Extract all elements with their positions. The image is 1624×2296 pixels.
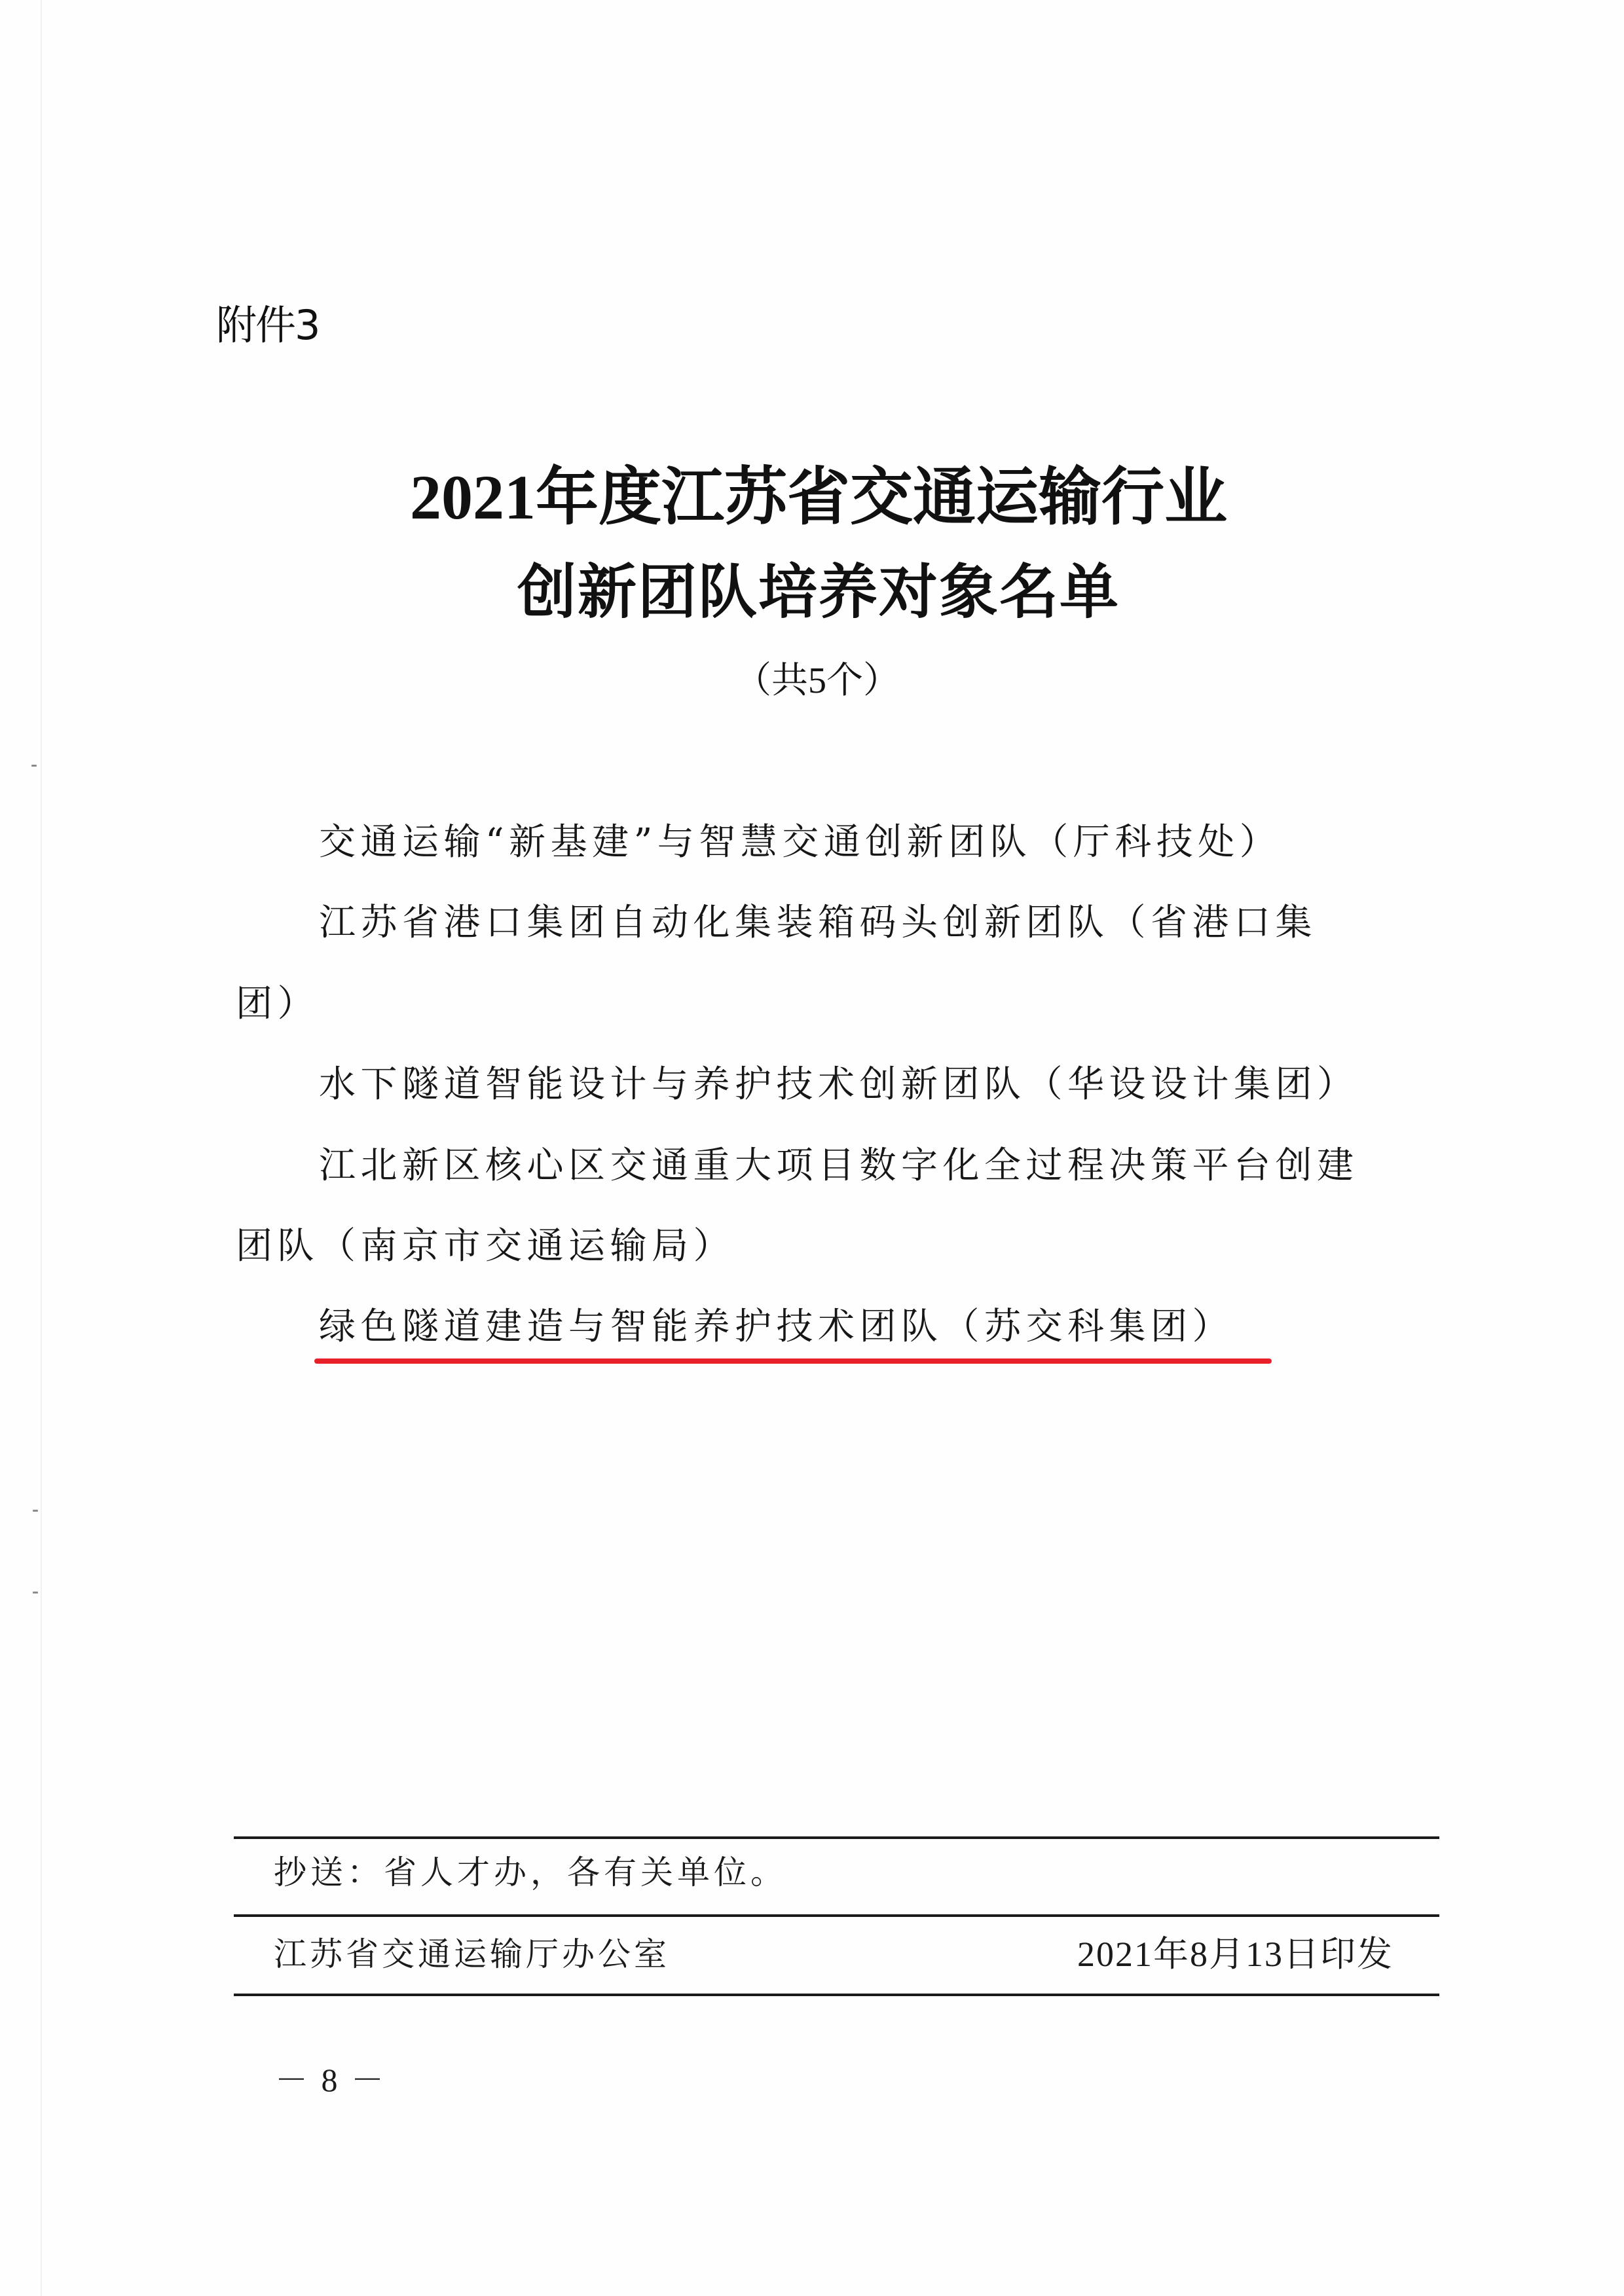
team-list: 交通运输“新基建”与智慧交通创新团队（厅科技处） 江苏省港口集团自动化集装箱码头…: [236, 802, 1441, 1368]
highlight-underline: [314, 1358, 1272, 1364]
team-item-3: 水下隧道智能设计与养护技术创新团队（华设设计集团）: [236, 1044, 1441, 1125]
footer-rule-middle: [234, 1914, 1439, 1917]
cc-recipients: 抄送：省人才办，各有关单位。: [274, 1850, 787, 1895]
page-number: － 8 －: [275, 2059, 386, 2101]
document-title-line-1: 2021年度江苏省交通运输行业: [0, 458, 1624, 537]
team-item-5-highlighted: 绿色隧道建造与智能养护技术团队（苏交科集团）: [236, 1286, 1441, 1367]
issue-date: 2021年8月13日印发: [1077, 1931, 1393, 1977]
team-item-4: 江北新区核心区交通重大项目数字化全过程决策平台创建: [236, 1125, 1441, 1206]
footer-rule-top: [234, 1836, 1439, 1839]
footer-rule-bottom: [234, 1994, 1439, 1996]
scan-mark: [31, 765, 37, 767]
attachment-label: 附件3: [216, 296, 319, 355]
scan-mark: [33, 1510, 38, 1512]
document-title-line-2: 创新团队培养对象名单: [0, 554, 1624, 632]
team-item-2-continuation: 团）: [236, 964, 1441, 1044]
issuer-row: 江苏省交通运输厅办公室 2021年8月13日印发: [274, 1931, 1393, 1977]
document-page: 附件3 2021年度江苏省交通运输行业 创新团队培养对象名单 （共5个） 交通运…: [0, 0, 1624, 2296]
team-item-1: 交通运输“新基建”与智慧交通创新团队（厅科技处）: [236, 802, 1441, 883]
team-item-2: 江苏省港口集团自动化集装箱码头创新团队（省港口集: [236, 883, 1441, 963]
scan-mark: [33, 1592, 38, 1594]
team-item-4-continuation: 团队（南京市交通运输局）: [236, 1206, 1441, 1286]
scan-edge-line: [41, 0, 42, 2296]
issuer-name: 江苏省交通运输厅办公室: [274, 1931, 670, 1977]
document-subtitle-count: （共5个）: [0, 657, 1624, 704]
